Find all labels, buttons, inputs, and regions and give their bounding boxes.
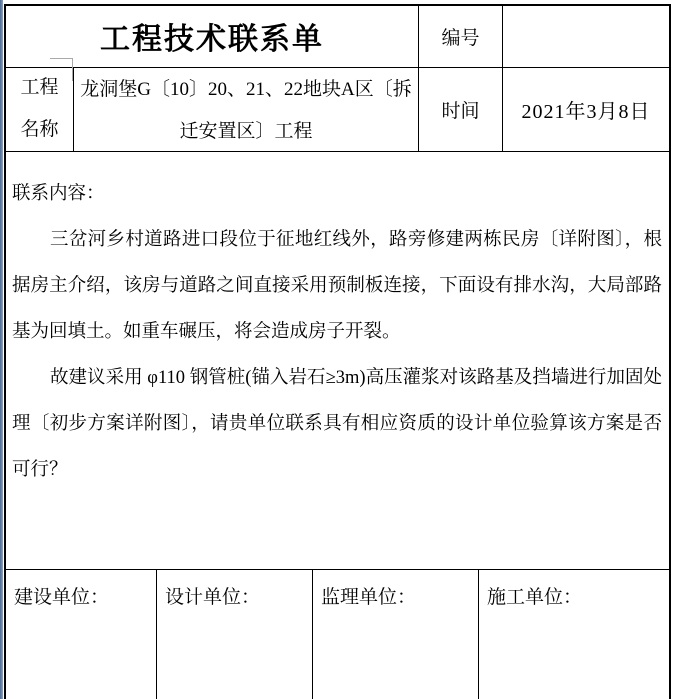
paragraph-1-line-1: 三岔河乡村道路进口段位于征地红线外，路旁修建两栋民房〔详附图〕，根 bbox=[12, 217, 662, 263]
window-left-edge-line bbox=[0, 0, 3, 699]
project-name-label: 工程 名称 bbox=[6, 68, 74, 152]
paragraph-1-line-2: 据房主介绍，该房与道路之间直接采用预制板连接，下面设有排水沟，大局部路 bbox=[12, 263, 662, 309]
paragraph-1-line-3: 基为回填土。如重车碾压，将会造成房子开裂。 bbox=[12, 309, 662, 355]
paragraph-2-line-2: 理〔初步方案详附图〕，请贵单位联系具有相应资质的设计单位验算该方案是否 bbox=[12, 401, 662, 447]
contractor-unit-cell[interactable]: 施工单位： bbox=[479, 570, 669, 699]
number-label: 编号 bbox=[419, 6, 503, 67]
paragraph-2-line-1: 故建议采用 φ110 钢管桩(锚入岩石≥3m)高压灌浆对该路基及挡墙进行加固处 bbox=[12, 355, 662, 401]
supervision-unit-cell[interactable]: 监理单位： bbox=[313, 570, 479, 699]
project-name-line1: 龙洞堡G〔10〕20、21、22地块A区〔拆 bbox=[74, 69, 418, 111]
paragraph-2-line-3: 可行？ bbox=[12, 447, 662, 493]
contact-content-cell[interactable]: 联系内容： 三岔河乡村道路进口段位于征地红线外，路旁修建两栋民房〔详附图〕，根 … bbox=[6, 152, 669, 569]
form-title: 工程技术联系单 bbox=[6, 6, 419, 67]
content-heading: 联系内容： bbox=[12, 171, 662, 217]
number-value-cell[interactable] bbox=[503, 6, 669, 67]
date-value: 2021年3月8日 bbox=[503, 68, 669, 152]
title-row: 工程技术联系单 编号 bbox=[6, 6, 669, 68]
technical-contact-form-table: 工程技术联系单 编号 工程 名称 龙洞堡G〔10〕20、21、22地块A区〔拆 … bbox=[4, 4, 671, 699]
date-label: 时间 bbox=[419, 68, 503, 152]
project-name-value: 龙洞堡G〔10〕20、21、22地块A区〔拆 迁安置区〕工程 bbox=[74, 68, 419, 152]
project-row: 工程 名称 龙洞堡G〔10〕20、21、22地块A区〔拆 迁安置区〕工程 时间 … bbox=[6, 68, 669, 153]
project-label-line2: 名称 bbox=[20, 109, 58, 151]
project-name-line2: 迁安置区〕工程 bbox=[74, 111, 418, 152]
design-unit-cell[interactable]: 设计单位： bbox=[157, 570, 313, 699]
paragraph-1: 三岔河乡村道路进口段位于征地红线外，路旁修建两栋民房〔详附图〕，根 据房主介绍，… bbox=[12, 217, 662, 355]
content-row: 联系内容： 三岔河乡村道路进口段位于征地红线外，路旁修建两栋民房〔详附图〕，根 … bbox=[6, 152, 669, 570]
project-label-line1: 工程 bbox=[20, 68, 58, 110]
units-row: 建设单位： 设计单位： 监理单位： 施工单位： bbox=[6, 570, 669, 699]
paragraph-2: 故建议采用 φ110 钢管桩(锚入岩石≥3m)高压灌浆对该路基及挡墙进行加固处 … bbox=[12, 355, 662, 493]
construction-owner-unit-cell[interactable]: 建设单位： bbox=[6, 570, 157, 699]
